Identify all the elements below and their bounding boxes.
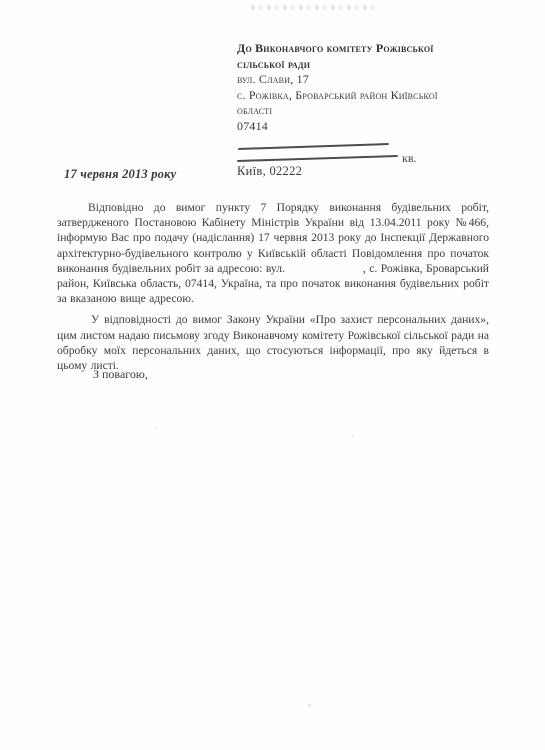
closing-salutation: З повагою, [93,367,148,382]
redaction-line-building [237,155,398,162]
recipient-line: вул. Слави, 17 [237,72,502,88]
faint-handwriting-marks [252,5,380,10]
recipient-line: 07414 [237,119,502,135]
letter-body: Відповідно до вимог пункту 7 Порядку вик… [57,200,489,373]
redaction-line-street [238,143,389,150]
body-paragraph-1: Відповідно до вимог пункту 7 Порядку вик… [57,200,489,306]
scan-speckle [308,704,311,707]
city-postal-line: Київ, 02222 [237,164,302,179]
apartment-label: кв. [402,151,417,166]
date-text: 17 червня 2013 року [64,167,176,182]
scan-speckle [156,427,158,429]
recipient-address-block: До Виконавчого комітету Рожівської сільс… [237,41,502,135]
recipient-line: області [237,103,502,119]
body-paragraph-2: У відповідності до вимог Закону України … [57,312,489,373]
recipient-line: с. Рожівка, Броварський район Київської [237,88,502,104]
scan-speckle [352,435,354,437]
scanned-letter-page: До Виконавчого комітету Рожівської сільс… [0,0,545,750]
recipient-line: До Виконавчого комітету Рожівської [237,41,502,57]
recipient-line: сільської ради [237,57,502,73]
